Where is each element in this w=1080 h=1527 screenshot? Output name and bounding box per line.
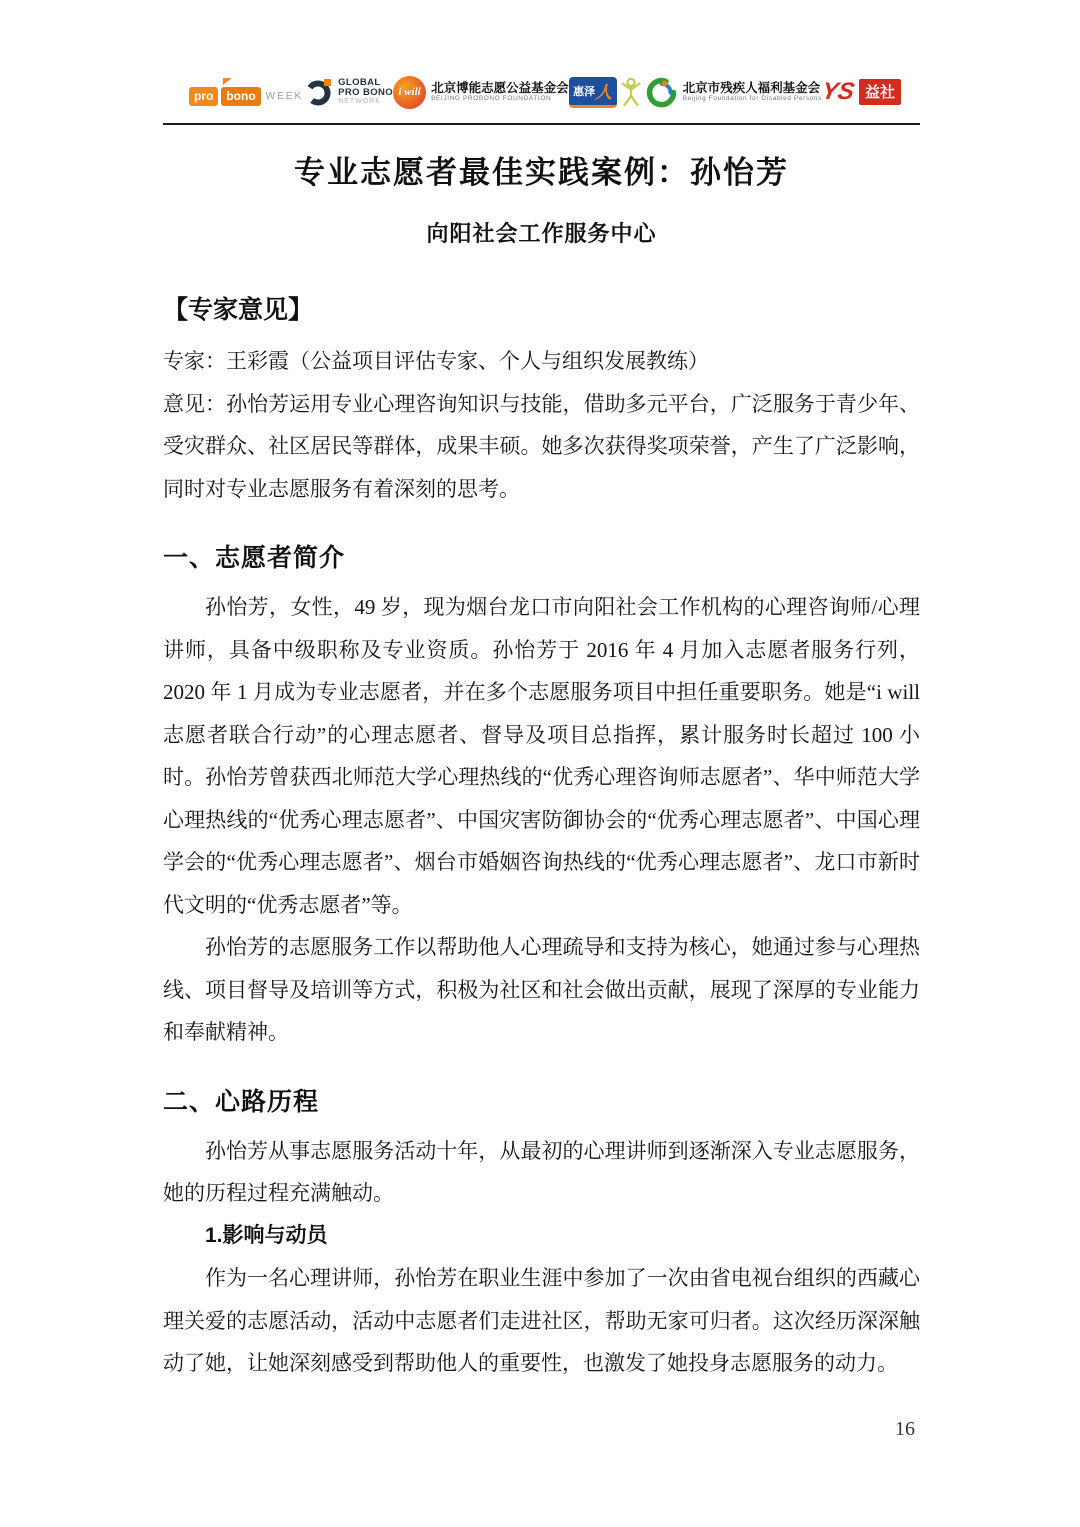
huizeren-logo: 惠泽 人: [569, 77, 617, 108]
pro-bono-week-logo: pro bono WEEK: [189, 79, 303, 106]
page-title: 专业志愿者最佳实践案例：孙怡芳: [163, 147, 920, 192]
expert-name-line: 专家：王彩霞（公益项目评估专家、个人与组织发展教练）: [163, 340, 920, 383]
section2-sub1-paragraph: 作为一名心理讲师，孙怡芳在职业生涯中参加了一次由省电视台组织的西藏心理关爱的志愿…: [163, 1257, 920, 1385]
gpbn-line3: NETWORK: [338, 98, 393, 105]
page-number: 16: [895, 1418, 915, 1441]
disabled-foundation-cn: 北京市残疾人福利基金会: [683, 81, 822, 95]
beijing-probono-foundation-logo: i will 北京博能志愿公益基金会 BEIJING PROBONO FOUND…: [393, 76, 569, 109]
page-subtitle: 向阳社会工作服务中心: [163, 217, 920, 248]
section2-heading: 二、心路历程: [163, 1082, 920, 1118]
person-figure-logo: [617, 76, 645, 108]
huizeren-box-icon: 惠泽 人: [569, 77, 617, 108]
pro-bono-week-bono-chip: bono: [221, 87, 260, 106]
yishe-logo: YS 益社: [822, 79, 901, 105]
person-figure-icon: [617, 76, 645, 108]
probono-foundation-cn: 北京博能志愿公益基金会: [431, 81, 569, 95]
document-page: pro bono WEEK GLOBAL PRO BONO NETWORK i …: [0, 0, 1080, 1527]
disabled-foundation-en: Beijing Foundation for Disabled Persons: [683, 95, 822, 102]
global-pro-bono-network-logo: GLOBAL PRO BONO NETWORK: [303, 77, 393, 107]
section1-paragraph1: 孙怡芳，女性，49 岁，现为烟台龙口市向阳社会工作机构的心理咨询师/心理讲师，具…: [163, 586, 920, 926]
expert-opinion-heading: 【专家意见】: [163, 290, 920, 326]
header-divider-rule: [163, 123, 920, 125]
i-will-badge-icon: i will: [393, 76, 426, 109]
pro-bono-week-flag-icon: [223, 78, 232, 85]
pro-bono-week-week-label: WEEK: [266, 91, 303, 102]
probono-foundation-en: BEIJING PROBONO FOUNDATION: [431, 95, 569, 102]
disabled-persons-foundation-logo: 北京市残疾人福利基金会 Beijing Foundation for Disab…: [645, 76, 822, 109]
section2-subheading-1: 1.影响与动员: [163, 1215, 920, 1258]
probono-foundation-text: 北京博能志愿公益基金会 BEIJING PROBONO FOUNDATION: [431, 81, 569, 103]
pro-bono-week-pro-chip: pro: [189, 87, 218, 106]
partner-logo-bar: pro bono WEEK GLOBAL PRO BONO NETWORK i …: [163, 70, 920, 114]
gpbn-text: GLOBAL PRO BONO NETWORK: [338, 78, 393, 105]
section1-paragraph2: 孙怡芳的志愿服务工作以帮助他人心理疏导和支持为核心，她通过参与心理热线、项目督导…: [163, 926, 920, 1054]
yishe-ys-mark: YS: [820, 80, 856, 104]
huizeren-ren: 人: [595, 78, 612, 103]
section2-paragraph1: 孙怡芳从事志愿服务活动十年，从最初的心理讲师到逐渐深入专业志愿服务，她的历程过程…: [163, 1130, 920, 1215]
gpbn-c-icon: [303, 77, 333, 107]
gpbn-line2: PRO BONO: [338, 88, 393, 98]
section1-heading: 一、志愿者简介: [163, 538, 920, 574]
yishe-box: 益社: [859, 79, 901, 105]
huizeren-cn: 惠泽: [573, 83, 595, 99]
disabled-foundation-text: 北京市残疾人福利基金会 Beijing Foundation for Disab…: [683, 81, 822, 103]
expert-opinion-paragraph: 意见：孙怡芳运用专业心理咨询知识与技能，借助多元平台，广泛服务于青少年、受灾群众…: [163, 383, 920, 511]
foundation-swirl-icon: [645, 76, 678, 109]
